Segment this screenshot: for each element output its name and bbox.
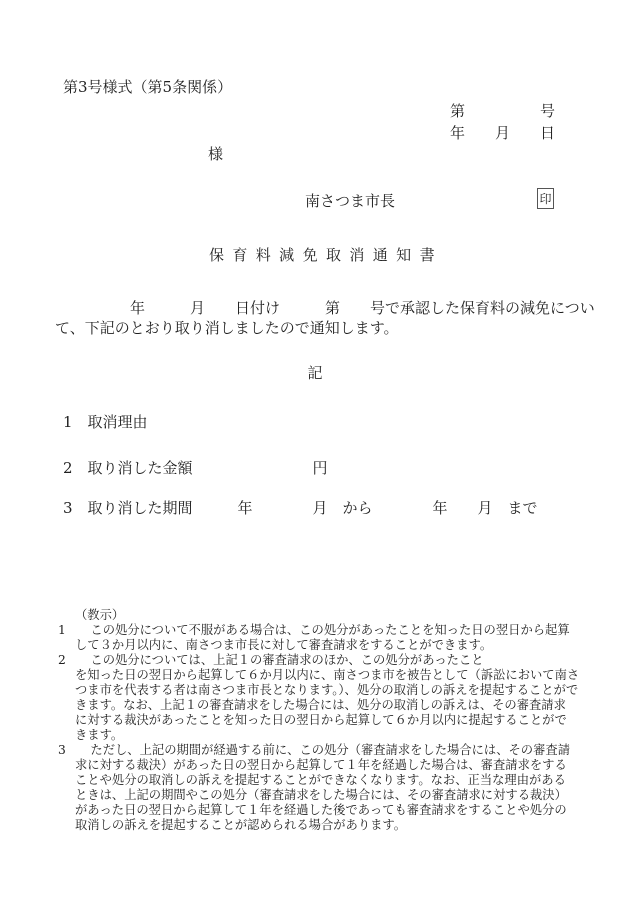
appeal-instruction-line: ときは、上記の期間やこの処分（審査請求をした場合には、その審査請求に対する裁決） [75, 788, 567, 803]
appeal-instruction-line: きます。 [75, 728, 123, 743]
appeal-instruction-line: つま市を代表する者は南さつま市長となります。）、処分の取消しの訴えを提起すること… [75, 683, 578, 698]
addressee-suffix: 様 [208, 146, 223, 162]
appeal-instruction-line: きます。なお、上記１の審査請求をした場合には、処分の取消しの訴えは、その審査請求 [75, 698, 566, 713]
appeal-instruction-line: 3 ただし、上記の期間が経過する前に、この処分（審査請求をした場合には、その審査… [58, 743, 570, 758]
seal-label: 印 [539, 193, 551, 205]
body-line-1: 年 月 日付け 第 号で承認した保育料の減免につい [55, 300, 595, 316]
date-line: 年 月 日 [450, 125, 555, 141]
appeal-instruction-line: ことや処分の取消しの訴えを提起することができなくなります。なお、正当な理由がある [75, 773, 566, 788]
appeal-instruction-line: に対する裁決があったことを知った日の翌日から起算して６か月以内に提起することがで [75, 713, 567, 728]
appeal-instruction-line: を知った日の翌日から起算して６か月以内に、南さつま市を被告として（訴訟において南… [75, 668, 579, 683]
list-item-2-cancelled-amount: 2 取り消した金額 円 [63, 460, 328, 476]
appeal-instruction-line: があった日の翌日から起算して１年を経過した後であっても審査請求をすることや処分の [75, 803, 567, 818]
list-item-1-cancellation-reason: 1 取消理由 [63, 414, 148, 430]
list-item-3-cancelled-period: 3 取り消した期間 年 月 から 年 月 まで [63, 500, 538, 516]
appeal-instruction-line: 2 この処分については、上記１の審査請求のほか、この処分があったこと [58, 653, 484, 668]
record-marker: 記 [0, 365, 630, 381]
form-number: 第3号様式（第5条関係） [63, 79, 232, 95]
body-line-2: て、下記のとおり取り消しましたので通知します。 [55, 320, 399, 336]
appeal-instruction-line: して３か月以内に、南さつま市長に対して審査請求をすることができます。 [75, 638, 492, 653]
appeal-instruction-line: 取消しの訴えを提起することが認められる場合があります。 [75, 818, 406, 833]
appeal-instructions-heading: （教示） [75, 608, 124, 623]
document-title: 保育料減免取消通知書 [22, 247, 630, 263]
appeal-instruction-line: 1 この処分について不服がある場合は、この処分があったことを知った日の翌日から起… [58, 623, 570, 638]
appeal-instruction-line: 求に対する裁決）があった日の翌日から起算して１年を経過した場合は、審査請求をする [75, 758, 567, 773]
sender-name: 南さつま市長 [305, 193, 395, 209]
seal-placeholder: 印 [537, 188, 554, 209]
doc-number-line: 第 号 [450, 103, 555, 119]
document-page: 第3号様式（第5条関係） 第 号 年 月 日 様 南さつま市長 印 保育料減免取… [0, 0, 630, 903]
